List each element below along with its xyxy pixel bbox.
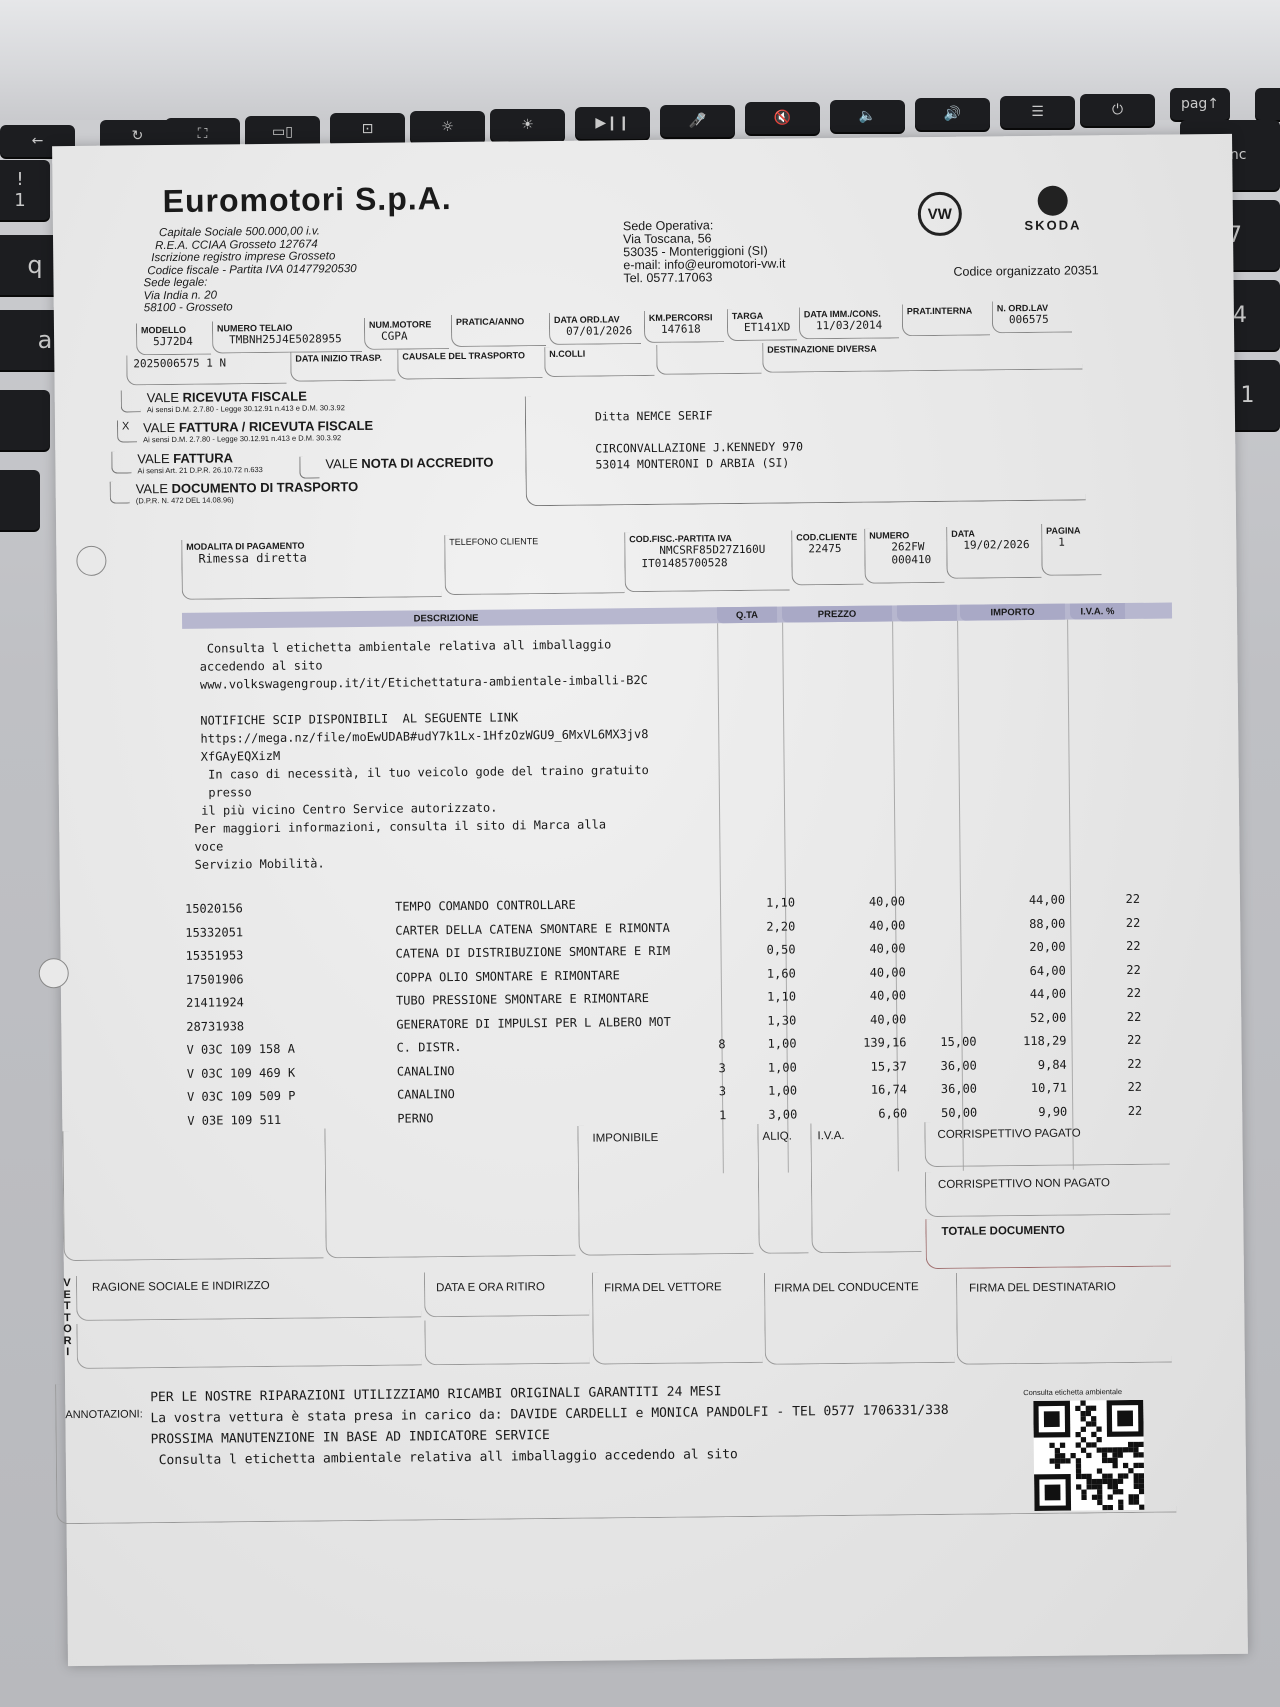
cell-desc: TUBO PRESSIONE SMONTARE E RIMONTARE bbox=[396, 991, 649, 1008]
driver-signature-label: FIRMA DEL CONDUCENTE bbox=[774, 1281, 919, 1295]
company-info-line: 58100 - Grosseto bbox=[144, 300, 357, 315]
cell-qta: 1,60 bbox=[746, 966, 796, 981]
function-key: ☀ bbox=[490, 109, 565, 141]
cell-prezzo: 16,74 bbox=[827, 1082, 907, 1097]
vehicle-field: TARGAET141XD bbox=[727, 308, 797, 341]
cell-iva: 22 bbox=[1110, 939, 1140, 953]
cell-code: 15332051 bbox=[185, 925, 243, 940]
vehicle-field: NUMERO TELAIOTMBNH25J4E5028955 bbox=[212, 320, 362, 354]
cell-qta: 1,00 bbox=[747, 1060, 797, 1075]
cell-iva: 22 bbox=[1112, 1103, 1142, 1117]
skoda-logo-icon: SKODA bbox=[1008, 185, 1098, 233]
cell-qta: 1,00 bbox=[746, 1036, 796, 1051]
company-name: Euromotori S.p.A. bbox=[162, 180, 451, 220]
cell-sconto bbox=[915, 894, 975, 895]
recipient-signature-label: FIRMA DEL DESTINATARIO bbox=[969, 1281, 1116, 1295]
cell-n: 1 bbox=[712, 1108, 726, 1122]
table-header: DESCRIZIONE Q.TA PREZZO IMPORTO I.V.A. % bbox=[182, 603, 1172, 629]
unpaid-box bbox=[925, 1170, 1170, 1218]
cell-n: 8 bbox=[711, 1037, 725, 1051]
cell-n: 3 bbox=[712, 1084, 726, 1098]
cell-prezzo: 40,00 bbox=[825, 894, 905, 909]
cell-importo: 64,00 bbox=[986, 963, 1066, 978]
transport-field: CAUSALE DEL TRASPORTO bbox=[397, 348, 542, 380]
cell-prezzo: 40,00 bbox=[825, 941, 905, 956]
cell-iva: 22 bbox=[1110, 915, 1140, 929]
cell-code: V 03C 109 158 A bbox=[186, 1042, 295, 1057]
vehicle-field: KM.PERCORSI147618 bbox=[644, 310, 724, 343]
cell-qta: 1,10 bbox=[745, 895, 795, 910]
cell-importo: 88,00 bbox=[985, 916, 1065, 931]
carrier-name-label: RAGIONE SOCIALE E INDIRIZZO bbox=[92, 1280, 270, 1294]
cell-sconto: 36,00 bbox=[917, 1082, 977, 1097]
cell-code: 15351953 bbox=[185, 948, 243, 963]
punch-hole bbox=[76, 546, 106, 576]
function-key: ☰ bbox=[1000, 96, 1075, 128]
total-label: TOTALE DOCUMENTO bbox=[941, 1225, 1064, 1238]
carrier-signature-label: FIRMA DEL VETTORE bbox=[604, 1281, 722, 1294]
cell-importo: 20,00 bbox=[985, 940, 1065, 955]
cell-code: V 03C 109 469 K bbox=[187, 1065, 296, 1080]
pickup-datetime-label: DATA E ORA RITIRO bbox=[436, 1281, 545, 1294]
payment-method-field: MODALITA DI PAGAMENTO Rimessa diretta bbox=[181, 537, 442, 600]
function-key: 🔇 bbox=[745, 102, 820, 134]
function-key: ⊡ bbox=[330, 113, 405, 145]
unpaid-label: CORRISPETTIVO NON PAGATO bbox=[938, 1177, 1110, 1191]
function-key: ▶❙❙ bbox=[575, 107, 650, 139]
cell-sconto bbox=[916, 964, 976, 965]
column-vat: I.V.A. % bbox=[1070, 603, 1125, 620]
function-key: ☼ bbox=[410, 111, 485, 143]
cell-desc: CANALINO bbox=[397, 1087, 455, 1102]
cell-prezzo: 40,00 bbox=[826, 988, 906, 1003]
cell-qta: 1,30 bbox=[746, 1013, 796, 1028]
cell-prezzo: 15,37 bbox=[827, 1059, 907, 1074]
cell-code: 28731938 bbox=[186, 1019, 244, 1034]
cell-iva: 22 bbox=[1111, 1009, 1141, 1023]
document-type-option[interactable]: VALE FATTURAAi sensi Art. 21 D.P.R. 26.1… bbox=[137, 450, 263, 475]
cell-sconto bbox=[915, 917, 975, 918]
cell-qta: 1,10 bbox=[746, 989, 796, 1004]
column-quantity: Q.TA bbox=[717, 607, 777, 624]
function-key: pag↑ bbox=[1170, 88, 1230, 120]
sede-operativa-line: Tel. 0577.17063 bbox=[623, 271, 785, 286]
cell-sconto bbox=[915, 941, 975, 942]
cell-sconto bbox=[916, 988, 976, 989]
cell-desc: GENERATORE DI IMPULSI PER L ALBERO MOT bbox=[396, 1014, 671, 1031]
cell-prezzo: 139,16 bbox=[826, 1035, 906, 1050]
function-key: 🔊 bbox=[915, 98, 990, 130]
company-info-line: Codice fiscale - Partita IVA 01477920530 bbox=[143, 263, 356, 278]
cell-n: 3 bbox=[712, 1061, 726, 1075]
column-discount bbox=[897, 605, 957, 622]
invoice-date-field: DATA 19/02/2026 bbox=[946, 526, 1042, 579]
paid-label: CORRISPETTIVO PAGATO bbox=[937, 1128, 1080, 1141]
cell-sconto bbox=[916, 1011, 976, 1012]
environmental-notes: Consulta l etichetta ambientale relativa… bbox=[192, 635, 650, 874]
totals-box bbox=[62, 1128, 323, 1261]
cell-importo: 9,90 bbox=[987, 1104, 1067, 1119]
cell-importo: 44,00 bbox=[986, 987, 1066, 1002]
cell-prezzo: 6,60 bbox=[827, 1106, 907, 1121]
invoice-number-field: NUMERO 262FW 000410 bbox=[864, 528, 945, 584]
cell-code: V 03C 109 509 P bbox=[187, 1089, 296, 1104]
invoice-document: Euromotori S.p.A. Capitale Sociale 500.0… bbox=[52, 134, 1248, 1666]
carrier-name-box bbox=[76, 1320, 421, 1369]
vehicle-field: N. ORD.LAV006575 bbox=[992, 301, 1072, 334]
function-key: 🔈 bbox=[830, 100, 905, 132]
cell-importo: 10,71 bbox=[987, 1081, 1067, 1096]
cell-code: 17501906 bbox=[186, 972, 244, 987]
company-legal-info: Capitale Sociale 500.000,00 i.v.R.E.A. C… bbox=[143, 225, 357, 315]
cell-qta: 2,20 bbox=[745, 919, 795, 934]
page-number-field: PAGINA 1 bbox=[1041, 523, 1102, 576]
vehicle-field: DATA ORD.LAV07/01/2026 bbox=[549, 312, 641, 345]
checkbox[interactable] bbox=[121, 390, 141, 412]
cell-qta: 0,50 bbox=[745, 942, 795, 957]
qr-code-icon bbox=[1033, 1400, 1144, 1511]
cell-iva: 22 bbox=[1112, 1056, 1142, 1070]
transport-field: DESTINAZIONE DIVERSA bbox=[762, 339, 1082, 372]
column-description: DESCRIZIONE bbox=[182, 607, 710, 629]
cell-importo: 9,84 bbox=[987, 1057, 1067, 1072]
tax-code-field: COD.FISC.-PARTITA IVA NMCSRF85D27Z160U I… bbox=[624, 531, 790, 593]
function-key: 🎤̸ bbox=[660, 105, 735, 137]
vw-logo-icon: VW bbox=[918, 192, 962, 236]
key-ctrl bbox=[0, 470, 40, 530]
cell-prezzo: 40,00 bbox=[826, 1012, 906, 1027]
punch-hole bbox=[39, 958, 69, 988]
cell-iva: 22 bbox=[1111, 1033, 1141, 1047]
client-address: Ditta NEMCE SERIF CIRCONVALLAZIONE J.KEN… bbox=[595, 406, 803, 472]
vehicle-field: PRAT.INTERNA bbox=[902, 303, 990, 336]
vehicle-field: NUM.MOTORECGPA bbox=[364, 317, 449, 350]
cell-sconto: 36,00 bbox=[917, 1058, 977, 1073]
transport-field bbox=[656, 344, 761, 375]
document-type-option[interactable]: VALE DOCUMENTO DI TRASPORTO(D.P.R. N. 47… bbox=[136, 479, 359, 505]
transport-field: N.COLLI bbox=[544, 346, 654, 377]
cell-sconto: 15,00 bbox=[916, 1035, 976, 1050]
cell-importo: 52,00 bbox=[986, 1010, 1066, 1025]
pickup-box bbox=[424, 1319, 589, 1366]
cell-desc: CATENA DI DISTRIBUZIONE SMONTARE E RIM bbox=[395, 944, 670, 961]
checkbox[interactable] bbox=[299, 456, 319, 478]
totals-box bbox=[324, 1126, 575, 1259]
cell-prezzo: 40,00 bbox=[825, 918, 905, 933]
function-key: p bbox=[1255, 88, 1280, 120]
annotations-text: PER LE NOSTRE RIPARAZIONI UTILIZZIAMO RI… bbox=[150, 1379, 949, 1471]
document-type-option[interactable]: VALE NOTA DI ACCREDITO bbox=[325, 455, 493, 472]
cell-qta: 1,00 bbox=[747, 1083, 797, 1098]
cell-sconto: 50,00 bbox=[917, 1105, 977, 1120]
organization-code: Codice organizzato 20351 bbox=[953, 263, 1098, 279]
cell-iva: 22 bbox=[1111, 986, 1141, 1000]
checkbox[interactable]: X bbox=[117, 420, 137, 442]
column-price: PREZZO bbox=[782, 605, 892, 622]
cell-desc: C. DISTR. bbox=[396, 1040, 461, 1055]
paid-box bbox=[924, 1120, 1169, 1168]
cell-desc: CARTER DELLA CATENA SMONTARE E RIMONTA bbox=[395, 920, 670, 937]
checkbox[interactable] bbox=[111, 451, 131, 473]
rate-box bbox=[757, 1123, 808, 1254]
vehicle-field: PRATICA/ANNO bbox=[451, 314, 546, 347]
cell-code: V 03E 109 511 bbox=[187, 1112, 281, 1127]
client-phone-field: TELEFONO CLIENTE bbox=[444, 533, 625, 595]
cell-code: 21411924 bbox=[186, 995, 244, 1010]
transport-field: DATA INIZIO TRASP. bbox=[290, 351, 395, 382]
cell-importo: 118,29 bbox=[986, 1034, 1066, 1049]
annotations-label: ANNOTAZIONI: bbox=[65, 1408, 143, 1421]
vehicle-field: DATA IMM./CONS.11/03/2014 bbox=[799, 306, 899, 339]
cell-desc: COPPA OLIO SMONTARE E RIMONTARE bbox=[396, 968, 620, 984]
cell-iva: 22 bbox=[1112, 1080, 1142, 1094]
checkbox[interactable] bbox=[110, 481, 130, 503]
carriers-vertical-label: VETTORI bbox=[62, 1278, 73, 1359]
taxable-label: IMPONIBILE bbox=[592, 1132, 658, 1145]
operational-headquarters: Sede Operativa:Via Toscana, 5653035 - Mo… bbox=[623, 219, 786, 286]
transport-field: 2025006575 1 N bbox=[126, 354, 286, 386]
vehicle-field: MODELLO5J72D4 bbox=[136, 323, 211, 356]
client-code-field: COD.CLIENTE 22475 bbox=[791, 530, 864, 586]
column-amount: IMPORTO bbox=[960, 604, 1065, 621]
function-key: ⏻ bbox=[1080, 94, 1155, 126]
cell-desc: CANALINO bbox=[397, 1064, 455, 1079]
cell-qta: 3,00 bbox=[747, 1107, 797, 1122]
cell-prezzo: 40,00 bbox=[826, 965, 906, 980]
cell-desc: PERNO bbox=[397, 1111, 433, 1125]
cell-importo: 44,00 bbox=[985, 893, 1065, 908]
document-type-option[interactable]: VALE RICEVUTA FISCALEAi sensi D.M. 2.7.8… bbox=[147, 388, 345, 414]
qr-caption: Consulta etichetta ambientale bbox=[1023, 1387, 1122, 1397]
rate-label: ALIQ. bbox=[762, 1131, 792, 1143]
cell-desc: TEMPO COMANDO CONTROLLARE bbox=[395, 898, 576, 914]
vat-label: I.V.A. bbox=[817, 1130, 844, 1142]
cell-code: 15020156 bbox=[185, 901, 243, 916]
key-shift bbox=[0, 390, 50, 450]
cell-iva: 22 bbox=[1110, 892, 1140, 906]
cell-iva: 22 bbox=[1111, 962, 1141, 976]
key-1: !1 bbox=[0, 160, 50, 220]
document-type-option[interactable]: XVALE FATTURA / RICEVUTA FISCALEAi sensi… bbox=[143, 418, 373, 444]
line-items: 15020156TEMPO COMANDO CONTROLLARE1,1040,… bbox=[185, 892, 1177, 1137]
